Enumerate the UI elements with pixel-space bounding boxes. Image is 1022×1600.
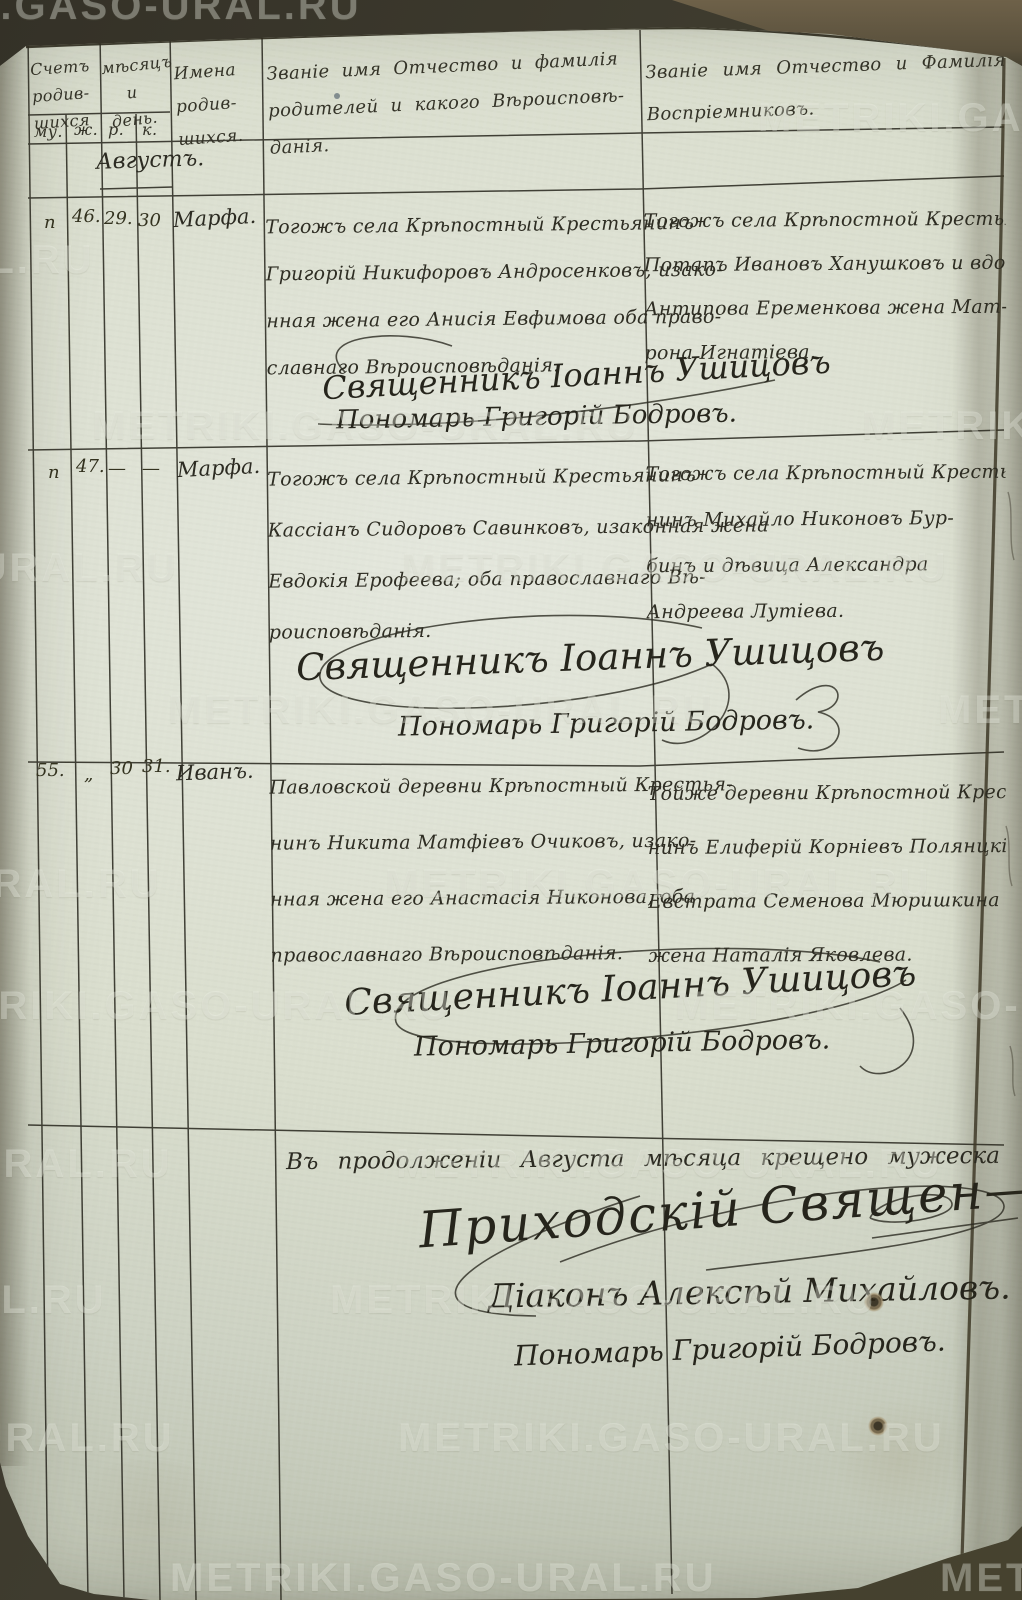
birth-day-cell: — xyxy=(108,458,126,479)
birth-day-cell: 30 xyxy=(110,758,133,779)
entry-line: нинъ Елиферій Корніевъ Полянцкій xyxy=(648,819,1006,875)
header-name-column: Имена родив- шихся. xyxy=(173,54,245,157)
watermark-text: METRIKI.GASO-URAL.RU xyxy=(0,0,362,29)
subheader-baptized: к. xyxy=(142,116,157,143)
female-count-cell: 46. xyxy=(72,206,101,227)
register-page: Счетъ родив- шихся мѣсяцъ и день. Имена … xyxy=(0,0,1022,1600)
entry-line: нинъ Михайло Никоновъ Бур- xyxy=(646,495,1006,544)
entry-line: Тогожъ села Крѣпостный Крестья- xyxy=(645,449,1005,498)
clerk-signature: Пономарь Григорій Бодровъ. xyxy=(398,704,815,742)
entry-line: бинъ и дѣвица Александра xyxy=(646,541,1006,590)
subheader-male: му. xyxy=(34,118,63,145)
godparents-cell: Тогожъ села Крѣпостный Крестья- нинъ Мих… xyxy=(645,449,1006,636)
month-label: Августъ. xyxy=(96,146,205,175)
male-count-cell: n xyxy=(44,212,56,233)
deacon-signature: Діаконъ Алексѣй Михайловъ. xyxy=(488,1267,1011,1315)
name-cell: Марфа. xyxy=(172,204,256,232)
female-count-cell: 47. xyxy=(76,456,105,477)
entry-line: Евстрата Семенова Мюришкина xyxy=(648,873,1006,929)
clerk-signature: Пономарь Григорій Бодровъ. xyxy=(414,1024,831,1062)
birth-day-cell: 29. xyxy=(104,208,133,229)
header-line: родив- xyxy=(175,87,242,124)
header-parents-column: Званіе имя Отчество и фамилія родителей … xyxy=(266,40,627,166)
header-line: Счетъ xyxy=(29,52,90,83)
left-margin-shadow xyxy=(0,36,30,1466)
entry-line: Антипова Еременкова жена Мат- xyxy=(644,285,1006,332)
header-line: Имена xyxy=(173,54,240,91)
subheader-born: р. xyxy=(108,116,124,143)
paper-hole xyxy=(868,1416,888,1436)
entry-line: Тойже деревни Крѣпостной Крестья- xyxy=(647,765,1005,821)
header-godparents-column: Званіе имя Отчество и Фамилія Воспріемни… xyxy=(645,40,1008,137)
paper-stain xyxy=(830,1400,970,1520)
godparents-cell: Тойже деревни Крѣпостной Крестья- нинъ Е… xyxy=(647,765,1006,983)
entry-line: Тогожъ села Крѣпостной Крестьянинъ xyxy=(643,197,1005,244)
watermark-text: METRIKI.GASO-URAL.RU xyxy=(940,1556,1022,1600)
baptism-day-cell: 30 xyxy=(138,210,161,231)
male-count-cell: n xyxy=(48,462,60,483)
paper-hole xyxy=(864,1292,884,1312)
baptism-day-cell: — xyxy=(142,458,160,479)
header-line: родив- xyxy=(31,79,92,110)
male-count-cell: 55. xyxy=(36,760,65,781)
clerk-signature: Пономарь Григорій Бодровъ. xyxy=(514,1324,947,1372)
paper-stain xyxy=(60,1460,240,1570)
baptism-day-cell: 31. xyxy=(142,756,171,777)
name-cell: Марфа. xyxy=(176,454,260,482)
parish-priest-signature: Приходскій Священ— xyxy=(417,1158,1022,1259)
name-cell: Иванъ. xyxy=(176,759,254,786)
clerk-signature: Пономарь Григорій Бодровъ. xyxy=(336,399,737,436)
metrical-book-scan: Счетъ родив- шихся мѣсяцъ и день. Имена … xyxy=(0,0,1022,1600)
entry-line: Потапъ Ивановъ Ханушковъ и вдова xyxy=(644,241,1006,288)
subheader-female: ж. xyxy=(74,116,98,143)
female-count-cell: „ xyxy=(84,764,93,785)
